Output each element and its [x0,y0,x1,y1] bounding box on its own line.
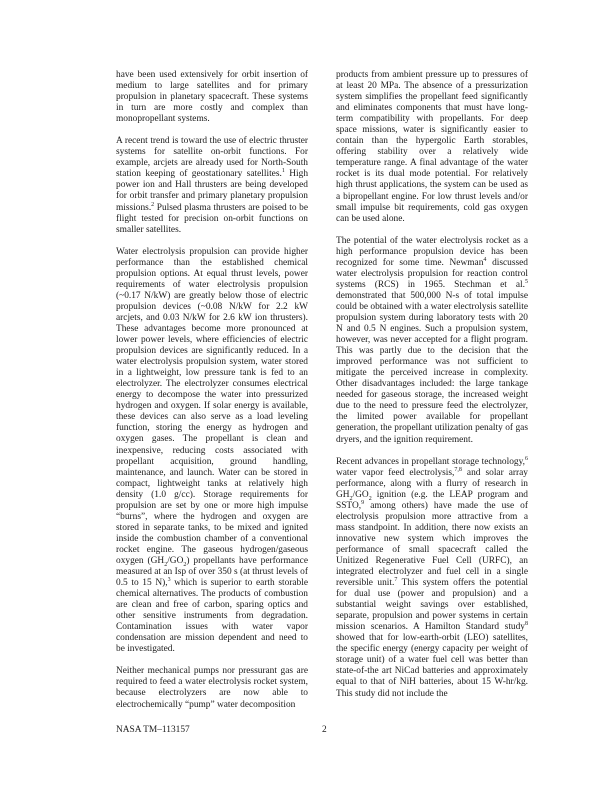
text-run: among others) have made the use of elect… [336,501,528,588]
text-run: have been used extensively for orbit ins… [116,70,308,124]
paragraph-p7: Recent advances in propellant storage te… [336,457,528,700]
citation-superscript: 6 [525,455,528,461]
text-run: /GO [353,490,369,500]
paragraph-p5: products from ambient pressure up to pre… [336,70,528,225]
text-run: Recent advances in propellant storage te… [336,457,525,467]
text-run: Water electrolysis propulsion can provid… [116,247,308,566]
page-number: 2 [322,725,327,735]
text-run: A recent trend is toward the use of elec… [116,136,308,179]
text-run: products from ambient pressure up to pre… [336,70,528,224]
text-run: /GO [167,556,183,566]
text-run: water vapor feed electrolysis, [336,468,454,478]
report-number: NASA TM–113157 [116,725,190,735]
text-run: Neither mechanical pumps nor pressurant … [116,666,308,709]
left-column: have been used extensively for orbit ins… [116,70,308,722]
paragraph-p6: The potential of the water electrolysis … [336,236,528,446]
paragraph-p1: have been used extensively for orbit ins… [116,70,308,125]
text-run: which is superior to earth storable chem… [116,578,308,654]
text-run: showed that for low-earth-orbit (LEO) sa… [336,633,528,698]
paragraph-p2: A recent trend is toward the use of elec… [116,136,308,235]
citation-superscript: 5 [525,279,528,285]
text-run: demonstrated that 500,000 N-s of total i… [336,291,528,445]
right-column: products from ambient pressure up to pre… [336,70,528,711]
citation-superscript: 8 [525,621,528,627]
paragraph-p4: Neither mechanical pumps nor pressurant … [116,666,308,710]
paragraph-p3: Water electrolysis propulsion can provid… [116,247,308,656]
citation-superscript: 7,8 [454,466,462,472]
document-page: have been used extensively for orbit ins… [0,0,610,792]
